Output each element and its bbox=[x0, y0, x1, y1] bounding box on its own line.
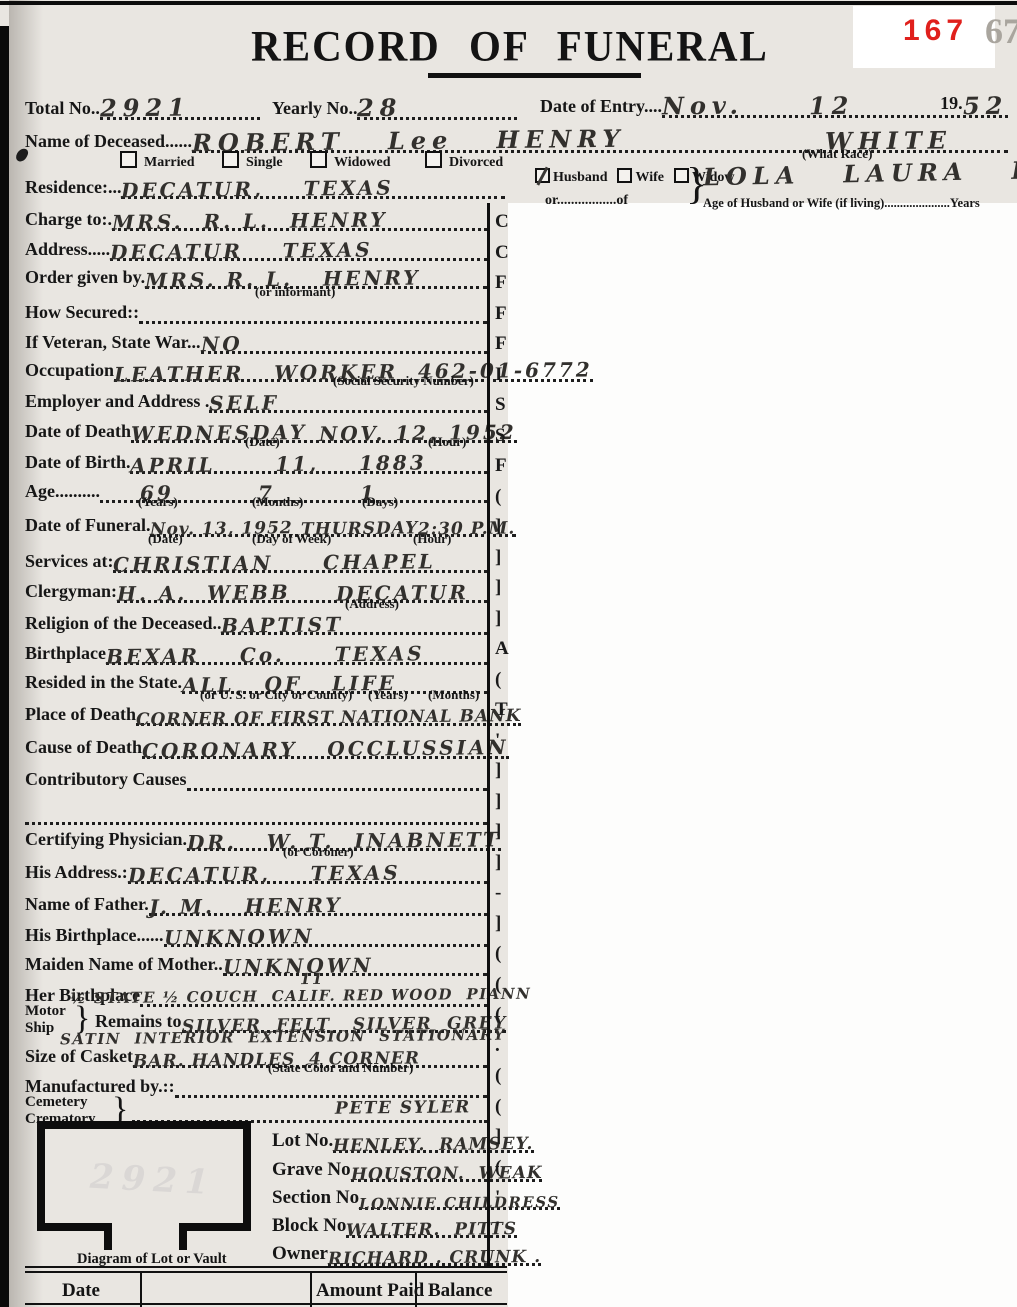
religion-line: BAPTIST bbox=[221, 605, 487, 635]
table-header-balance: Balance bbox=[428, 1280, 492, 1302]
age-label: Age.......... bbox=[25, 481, 100, 503]
ghost-page-number: 67 bbox=[985, 10, 1017, 52]
his-address-label: His Address.: bbox=[25, 862, 128, 884]
address-row: Address..... DECATUR TEXAS bbox=[25, 234, 487, 261]
employer-row: Employer and Address . SELF bbox=[25, 386, 487, 413]
section-no-label: Section No bbox=[272, 1187, 359, 1210]
religion-value: BAPTIST bbox=[221, 612, 343, 637]
scan-left-border bbox=[0, 26, 9, 1307]
place-of-death-value: CORNER OF FIRST NATIONAL BANK bbox=[136, 706, 522, 730]
address-line: DECATUR TEXAS bbox=[110, 231, 487, 261]
entry-day-value: 12 bbox=[809, 91, 855, 120]
his-address-line: DECATUR, TEXAS bbox=[128, 854, 487, 884]
widowed-label: Widowed bbox=[334, 155, 391, 170]
cemetery-handwriting: PETE SYLER bbox=[335, 1097, 471, 1118]
total-no-line: 2921 bbox=[100, 90, 260, 120]
date-of-birth-label: Date of Birth. bbox=[25, 452, 130, 474]
block-no-line: WALTER. PITTS bbox=[346, 1208, 517, 1238]
wife-checkbox bbox=[617, 168, 632, 183]
ship-label: Ship bbox=[25, 1020, 54, 1036]
veteran-line: NO bbox=[201, 324, 488, 354]
cause-of-death-row: Cause of Death CORONARY OCCLUSSIAN bbox=[25, 732, 487, 759]
widowed-checkbox bbox=[310, 151, 327, 168]
place-of-death-line: CORNER OF FIRST NATIONAL BANK bbox=[136, 696, 522, 726]
scan-top-border bbox=[0, 1, 1017, 5]
occupation-label: Occupation bbox=[25, 360, 114, 382]
yearly-no-row: Yearly No.. 28 bbox=[272, 93, 517, 120]
charge-to-label: Charge to:. bbox=[25, 209, 112, 231]
date-of-birth-line: APRIL 11, 1883 bbox=[130, 444, 487, 474]
cause-of-death-value: CORONARY OCCLUSSIAN bbox=[142, 735, 509, 763]
divorced-checkbox bbox=[425, 151, 442, 168]
cause-line: CORONARY OCCLUSSIAN bbox=[142, 729, 509, 759]
name-of-father-label: Name of Father. bbox=[25, 894, 149, 916]
lot-diagram-outline bbox=[41, 1125, 247, 1250]
yearly-no-label: Yearly No.. bbox=[272, 98, 357, 120]
entry-year-printed: 19. bbox=[940, 93, 963, 115]
contributory-causes-row: Contributory Causes bbox=[25, 764, 487, 791]
married-label: Married bbox=[144, 155, 195, 170]
place-of-death-row: Place of Death CORNER OF FIRST NATIONAL … bbox=[25, 699, 487, 726]
his-address-value: DECATUR, TEXAS bbox=[128, 861, 401, 888]
size-of-casket-label: Size of Casket bbox=[25, 1046, 133, 1068]
date-of-funeral-line: Nov. 13, 1952 THURSDAY 2:30 P.M. bbox=[150, 507, 515, 537]
section-no-row: Section No LONNIE CHILDRESS bbox=[272, 1183, 494, 1210]
services-at-row: Services at: CHRISTIAN CHAPEL bbox=[25, 546, 487, 573]
lot-no-label: Lot No. bbox=[272, 1130, 333, 1153]
place-of-death-label: Place of Death bbox=[25, 704, 136, 726]
veteran-label: If Veteran, State War... bbox=[25, 332, 201, 354]
employer-line: SELF bbox=[209, 383, 487, 413]
religion-row: Religion of the Deceased.. BAPTIST bbox=[25, 608, 487, 635]
birthplace-row: Birthplace BEXAR Co. TEXAS bbox=[25, 638, 487, 665]
his-birthplace-line: UNKNOWN bbox=[164, 917, 488, 947]
maiden-name-line: UNKNOWN bbox=[223, 946, 487, 976]
contributory-line bbox=[187, 761, 487, 791]
total-no-value: 2921 bbox=[100, 93, 191, 123]
name-of-father-value: J. M. HENRY bbox=[149, 893, 343, 919]
death-day-value: WEDNESDAY bbox=[131, 420, 307, 446]
certifying-physician-label: Certifying Physician. bbox=[25, 829, 187, 851]
marital-widowed: Widowed bbox=[310, 149, 391, 171]
single-checkbox bbox=[222, 151, 239, 168]
residence-value: DECATUR, TEXAS bbox=[121, 176, 394, 203]
table-header-bottom-line bbox=[25, 1303, 507, 1305]
marital-married: Married bbox=[120, 149, 195, 171]
block-no-row: Block No WALTER. PITTS bbox=[272, 1211, 494, 1238]
entry-month-value: Nov. bbox=[662, 91, 744, 121]
charge-line: MRS. R. L. HENRY bbox=[112, 201, 487, 231]
entry-year-value: 52 bbox=[962, 91, 1008, 120]
maiden-name-value: UNKNOWN bbox=[223, 953, 374, 979]
residence-row: Residence:... DECATUR, TEXAS bbox=[25, 172, 505, 199]
lot-diagram bbox=[37, 1121, 252, 1254]
employer-label: Employer and Address . bbox=[25, 391, 209, 413]
grave-no-label: Grave No bbox=[272, 1159, 351, 1182]
cause-of-death-label: Cause of Death bbox=[25, 737, 142, 759]
marital-single: Single bbox=[222, 149, 283, 171]
lot-no-row: Lot No. HENLEY. RAMSEY. bbox=[272, 1126, 494, 1153]
charge-to-row: Charge to:. MRS. R. L. HENRY bbox=[25, 204, 487, 231]
father-line: J. M. HENRY bbox=[149, 886, 487, 916]
yearly-no-line: 28 bbox=[357, 90, 517, 120]
husband-label: Husband bbox=[553, 170, 607, 185]
table-vline-2 bbox=[310, 1273, 312, 1307]
birthplace-line: BEXAR Co. TEXAS bbox=[106, 635, 487, 665]
wife-label: Wife bbox=[635, 170, 664, 185]
clergyman-name-value: H. A. WEBB bbox=[117, 580, 291, 606]
veteran-row: If Veteran, State War... NO bbox=[25, 327, 487, 354]
table-top-double-line-2 bbox=[25, 1271, 507, 1273]
order-given-by-label: Order given by. bbox=[25, 267, 145, 289]
size-of-casket-row: Size of Casket BAR. HANDLES 4 CORNER bbox=[25, 1041, 487, 1068]
owner-label: Owner bbox=[272, 1243, 328, 1266]
resided-label: Resided in the State. bbox=[25, 672, 182, 694]
single-label: Single bbox=[246, 155, 283, 170]
clergyman-line: H. A. WEBB DECATUR bbox=[117, 573, 487, 603]
block-no-label: Block No bbox=[272, 1215, 346, 1238]
divorced-label: Divorced bbox=[449, 155, 503, 170]
cemetery-label: Cemetery bbox=[25, 1094, 87, 1110]
his-address-row: His Address.: DECATUR, TEXAS bbox=[25, 857, 487, 884]
date-of-funeral-label: Date of Funeral. bbox=[25, 515, 150, 537]
married-checkbox bbox=[120, 151, 137, 168]
date-of-entry-line: Nov. 12 19. 52 bbox=[662, 88, 1008, 118]
table-top-double-line-1 bbox=[25, 1266, 507, 1268]
scanned-funeral-record-page: 67 167 2921 RECORD OF FUNERAL Total No..… bbox=[0, 0, 1017, 1307]
date-of-entry-row: Date of Entry.... Nov. 12 19. 52 bbox=[540, 91, 1008, 118]
column-divider-rule bbox=[487, 203, 490, 1267]
employer-value: SELF bbox=[209, 391, 279, 416]
red-page-stamp: 167 bbox=[903, 14, 968, 48]
maiden-name-row: Maiden Name of Mother.. UNKNOWN bbox=[25, 949, 487, 976]
spouse-name-value: LOLA LAURA HENR bbox=[703, 154, 1017, 192]
motor-label: Motor bbox=[25, 1003, 66, 1019]
how-secured-label: How Secured:: bbox=[25, 302, 139, 324]
residence-line: DECATUR, TEXAS bbox=[121, 169, 505, 199]
clergyman-label: Clergyman: bbox=[25, 581, 117, 603]
table-header-amount-paid: Amount Paid bbox=[316, 1280, 424, 1302]
total-no-label: Total No.. bbox=[25, 98, 100, 120]
his-birthplace-label: His Birthplace...... bbox=[25, 925, 164, 947]
clipped-right-column-letters: C C F F F I S S F ( ] ] ] ] A ( T ' ] ] … bbox=[495, 207, 517, 1244]
owner-row: Owner RICHARD . CRUNK . bbox=[272, 1239, 494, 1266]
spouse-age-line: Age of Husband or Wife (if living)......… bbox=[703, 196, 980, 211]
how-secured-row: How Secured:: bbox=[25, 297, 487, 324]
birthplace-label: Birthplace bbox=[25, 643, 106, 665]
grave-no-row: Grave No HOUSTON. WEAK bbox=[272, 1155, 494, 1182]
services-at-label: Services at: bbox=[25, 551, 113, 573]
contributory-causes-label: Contributory Causes bbox=[25, 769, 187, 791]
name-of-father-row: Name of Father. J. M. HENRY bbox=[25, 889, 487, 916]
section-no-line: LONNIE CHILDRESS bbox=[359, 1180, 560, 1210]
date-of-birth-row: Date of Birth. APRIL 11, 1883 bbox=[25, 447, 487, 474]
total-no-row: Total No.. 2921 bbox=[25, 93, 260, 120]
his-birthplace-row: His Birthplace...... UNKNOWN bbox=[25, 920, 487, 947]
table-vline-1 bbox=[140, 1273, 142, 1307]
title-underline bbox=[428, 73, 641, 78]
table-header-date: Date bbox=[62, 1280, 100, 1302]
date-of-entry-label: Date of Entry.... bbox=[540, 96, 662, 118]
page-title: RECORD OF FUNERAL bbox=[240, 21, 780, 71]
clergyman-row: Clergyman: H. A. WEBB DECATUR bbox=[25, 576, 487, 603]
husband-checkmark bbox=[536, 167, 548, 186]
yearly-no-value: 28 bbox=[357, 93, 403, 122]
residence-label: Residence:... bbox=[25, 177, 121, 199]
religion-label: Religion of the Deceased.. bbox=[25, 613, 221, 635]
address-label: Address..... bbox=[25, 239, 110, 261]
husband-checkbox bbox=[535, 168, 550, 183]
her-birthplace-note: 11 bbox=[300, 970, 324, 988]
certifying-physician-row: Certifying Physician. DR. W. T. INABNETT bbox=[25, 824, 487, 851]
services-line: CHRISTIAN CHAPEL bbox=[113, 543, 487, 573]
how-secured-line bbox=[139, 294, 487, 324]
spouse-or-line: or.................of bbox=[545, 193, 628, 209]
date-of-death-label: Date of Death bbox=[25, 421, 131, 443]
marital-divorced: Divorced bbox=[425, 149, 503, 171]
maiden-name-label: Maiden Name of Mother.. bbox=[25, 954, 223, 976]
